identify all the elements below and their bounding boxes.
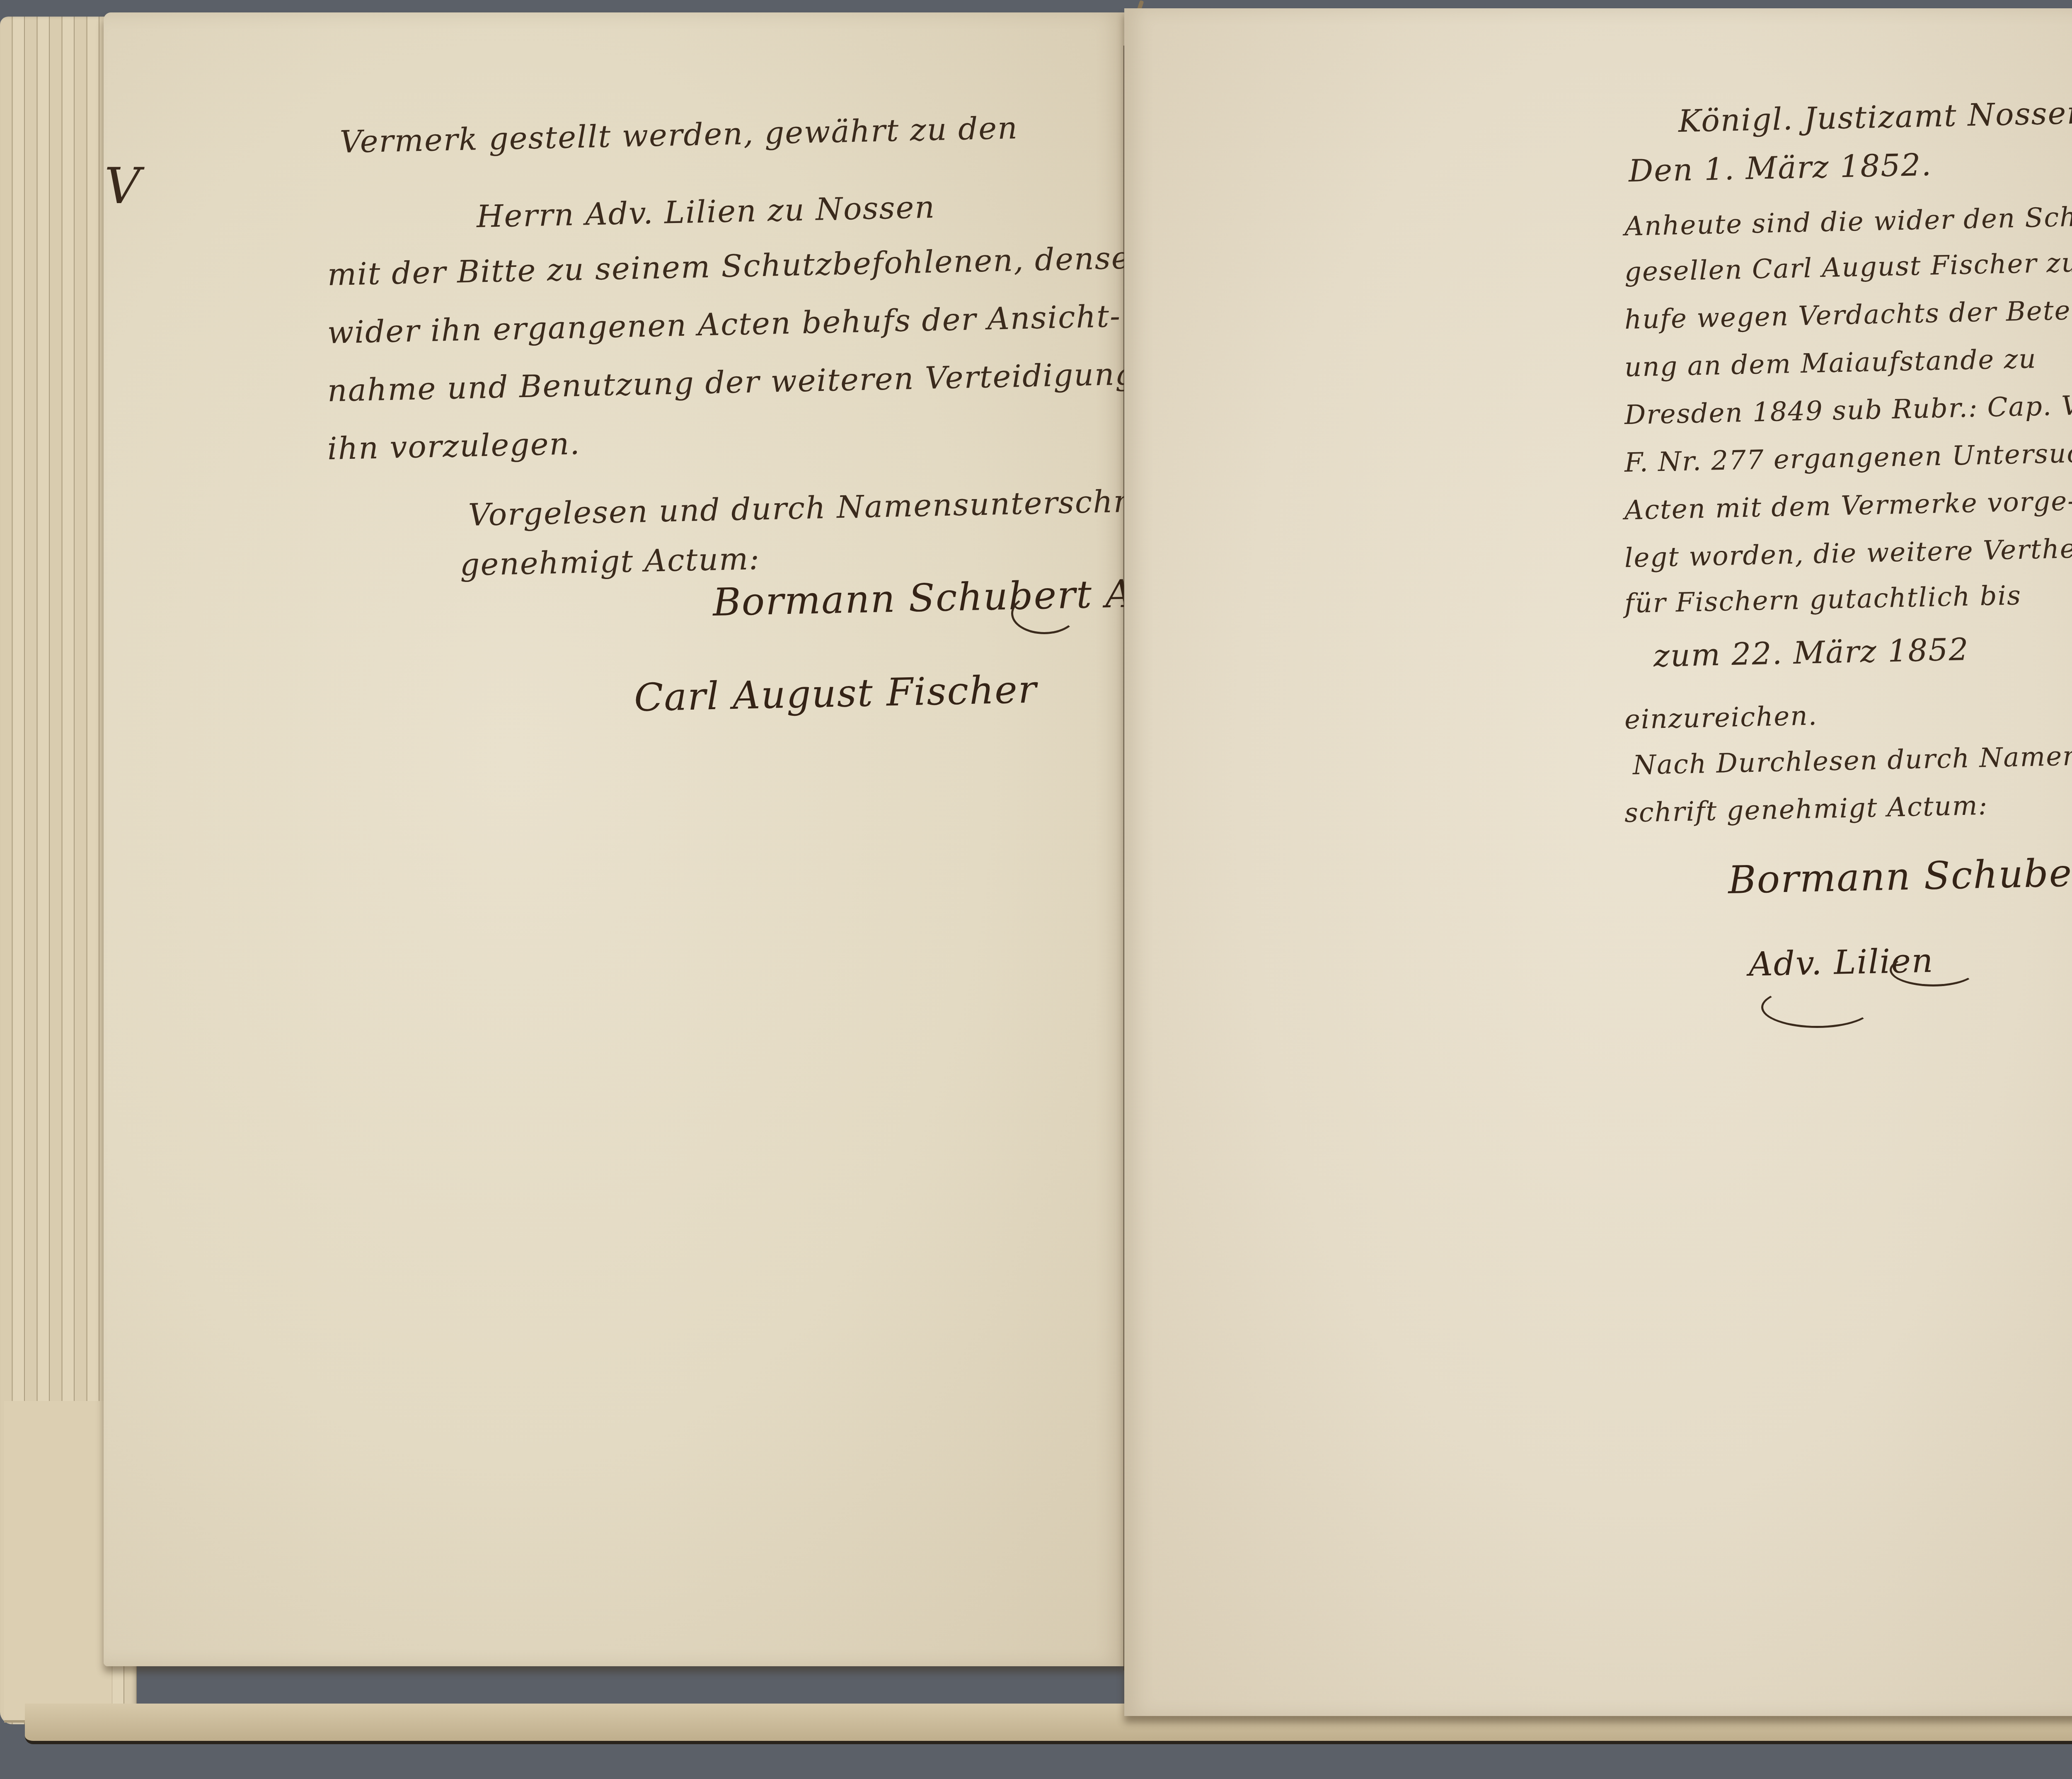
signature-flourish-right-2 [1761, 986, 1873, 1028]
right-after-1: einzureichen. [1624, 700, 1818, 735]
left-line-8: genehmigt Actum: [460, 541, 760, 583]
manuscript-scan: V Vermerk gestellt werden, gewährt zu de… [0, 0, 2072, 1779]
right-heading-date: Den 1. März 1852. [1628, 147, 1932, 189]
margin-mark: V [104, 158, 140, 215]
left-line-6: ihn vorzulegen. [327, 426, 581, 467]
left-signature-fischer: Carl August Fischer [634, 667, 1038, 720]
signature-flourish-right-1 [1890, 953, 1977, 986]
left-page-stack-lower [4, 1401, 112, 1723]
right-deadline-date: zum 22. März 1852 [1653, 632, 1969, 674]
signature-flourish [1011, 593, 1077, 634]
